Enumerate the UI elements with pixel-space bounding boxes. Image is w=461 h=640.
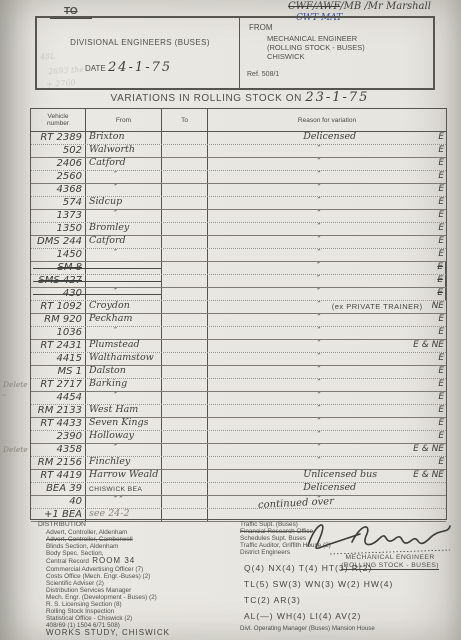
variation-code: E (438, 405, 444, 415)
to-location-cell (162, 431, 208, 443)
vehicle-number: 4454 (57, 392, 82, 403)
vehicle-number-cell: RT 1092 (31, 301, 86, 313)
to-location-cell (162, 158, 208, 170)
from-location: Holloway (89, 430, 134, 441)
vehicle-number: RT 1092 (40, 301, 82, 312)
from-location-cell: Plumstead (86, 340, 162, 352)
distribution-line: WORKS STUDY, CHISWICK (38, 629, 238, 636)
date-line: DATE 24-1-75 (85, 60, 172, 75)
vehicle-number-cell: 40 (31, 496, 86, 508)
reason-cell: ″E & NE (208, 444, 446, 456)
engineer-code-line: TL(5) SW(3) WN(3) W(2) HW(4) (244, 576, 393, 592)
reason-cell: ″E (208, 431, 446, 443)
from-location-cell: ″ (86, 327, 162, 339)
row-strike-line (33, 294, 161, 295)
column-header-reason: Reason for variation (208, 109, 446, 131)
margin-delete-note: ″ (3, 393, 6, 402)
variation-code: E (438, 223, 444, 233)
vehicle-number: 1373 (57, 210, 82, 221)
variation-code: E (438, 236, 444, 246)
reason-cell: ″E (208, 210, 446, 222)
to-location-cell (162, 392, 208, 404)
from-location-cell: ″ (86, 444, 162, 456)
vehicle-number: 1036 (57, 327, 82, 338)
from-location-cell: ″ (86, 184, 162, 196)
from-location-cell: Sidcup (86, 197, 162, 209)
to-location-cell (162, 132, 208, 144)
vehicle-number: 502 (63, 145, 82, 156)
from-location-cell: ″ (86, 171, 162, 183)
vehicle-number: 1450 (57, 249, 82, 260)
reason-cell: ″E (208, 171, 446, 183)
vehicle-number-cell: BEA 39 (31, 483, 86, 495)
to-location-cell (162, 171, 208, 183)
to-location-cell (162, 379, 208, 391)
vehicle-number-cell: 1373 (31, 210, 86, 222)
from-location: Peckham (89, 313, 132, 324)
ref-number: Ref. 508/1 (247, 71, 279, 78)
to-location-cell (162, 236, 208, 248)
from-location-cell: Brixton (86, 132, 162, 144)
to-location-cell (162, 509, 208, 521)
from-location: West Ham (89, 404, 138, 415)
reason-cell: ″E & NE (208, 340, 446, 352)
reason-cell: ″E (208, 184, 446, 196)
to-location-cell (162, 483, 208, 495)
row-strike-line (33, 268, 161, 269)
date-label: DATE (85, 64, 106, 73)
reason-for-variation: ″ (317, 404, 320, 413)
variation-code: E (438, 132, 444, 142)
variation-code: E (438, 314, 444, 324)
reason-for-variation: ″ (317, 287, 320, 296)
vehicle-number-cell: 2560 (31, 171, 86, 183)
distribution-line: Commercial Advertising Officer (7) (38, 566, 238, 573)
from-line: CHISWICK (267, 52, 365, 61)
to-location-cell (162, 288, 208, 300)
page-title-text: VARIATIONS IN ROLLING STOCK ON (111, 93, 302, 104)
reason-for-variation: ″ (317, 235, 320, 244)
variation-code: E (438, 249, 444, 259)
table-row: DeleteRT 2717Barking″E (31, 379, 446, 392)
from-location-cell: Holloway (86, 431, 162, 443)
divl-operating-manager-line: Divl. Operating Manager (Buses) Mansion … (240, 625, 375, 632)
reason-cell: ″E (208, 197, 446, 209)
vehicle-number-cell: RT 2717 (31, 379, 86, 391)
from-label: FROM (249, 23, 273, 32)
to-location-cell (162, 444, 208, 456)
to-location-cell (162, 275, 208, 287)
distribution-line: Blinds Section, Aldenham (38, 543, 238, 550)
reason-for-variation: ″ (317, 248, 320, 257)
vehicle-number: MS 1 (57, 366, 82, 377)
vehicle-number-cell: 4415 (31, 353, 86, 365)
vehicle-number-cell: +1 BEA (31, 509, 86, 521)
variation-code: E (438, 210, 444, 220)
reason-cell: ″E (208, 418, 446, 430)
from-location-cell: ″ (86, 210, 162, 222)
from-location: ″ (114, 209, 117, 218)
to-location-cell (162, 496, 208, 508)
variation-code: E (437, 288, 443, 298)
from-location: ″ (114, 170, 117, 179)
distribution-lines: Advert, Controller, AldenhamAdvert, Cont… (38, 529, 238, 636)
routing-initials-struck: CWF/AWF (288, 1, 340, 12)
column-header-to: To (162, 109, 208, 131)
reason-cell: ″E (208, 249, 446, 261)
reason-for-variation: ″ (317, 183, 320, 192)
from-location-cell: Walworth (86, 145, 162, 157)
reason-cell: ″E (208, 379, 446, 391)
to-location-cell (162, 262, 208, 274)
from-location: ″ (114, 248, 117, 257)
from-location: Harrow Weald (89, 469, 158, 480)
reason-cell: ″E (208, 327, 446, 339)
vehicle-number: 4358 (57, 444, 82, 455)
from-location: Sidcup (89, 196, 122, 207)
reason-cell: ″E (208, 145, 446, 157)
to-location-cell (162, 223, 208, 235)
reason-for-variation: ″ (317, 144, 320, 153)
vehicle-number: RT 4419 (40, 470, 82, 481)
reason-for-variation: ″ (317, 274, 320, 283)
engineer-code-line: TC(2) AR(3) (244, 592, 393, 608)
reason-for-variation: ″ (317, 430, 320, 439)
to-location-cell (162, 145, 208, 157)
variation-code: E (438, 457, 444, 467)
to-location-cell (162, 210, 208, 222)
reason-cell: ″E (208, 236, 446, 248)
vehicle-number: 4368 (57, 184, 82, 195)
vehicle-number: RT 2717 (40, 379, 82, 390)
reason-for-variation: ″ (317, 300, 320, 309)
from-location-cell: Seven Kings (86, 418, 162, 430)
table-row: RM 920Peckham″E (31, 314, 446, 327)
vehicle-number: DMS 244 (37, 236, 82, 247)
distribution-line: Advert, Controller, Camberwell (38, 536, 238, 543)
from-location: Brixton (89, 131, 125, 142)
reason-for-variation: ″ (317, 313, 320, 322)
reason-cell: ″E (208, 405, 446, 417)
from-location: Plumstead (89, 339, 140, 350)
table-row: 2390Holloway″E (31, 431, 446, 444)
to-location-cell (162, 249, 208, 261)
variation-code: E (437, 275, 443, 285)
from-location-cell: Finchley (86, 457, 162, 469)
column-header-vehicle: Vehiclenumber (31, 109, 86, 131)
reason-for-variation: Delicensed (303, 131, 356, 142)
reason-cell: ″E (208, 288, 446, 300)
from-location: ″ (114, 391, 117, 400)
vehicle-number-cell: RM 2133 (31, 405, 86, 417)
from-location: Catford (89, 235, 126, 246)
reason-cell: ″E (208, 158, 446, 170)
vehicle-number-cell: RT 2431 (31, 340, 86, 352)
engineer-code-line: AL(—) WH(4) LI(4) AV(2) (244, 608, 393, 624)
reason-cell: ″E (208, 392, 446, 404)
variation-code: E (438, 379, 444, 389)
vehicle-number: RT 2431 (40, 340, 82, 351)
vehicle-number: 1350 (57, 223, 82, 234)
from-location: ″ (114, 326, 117, 335)
table-row: SMS 427″E (31, 275, 446, 288)
margin-delete-note: Delete (3, 445, 28, 454)
page-title: VARIATIONS IN ROLLING STOCK ON 23-1-75 (60, 90, 420, 105)
vehicle-number: 2390 (57, 431, 82, 442)
distribution-line: Advert, Controller, Aldenham (38, 529, 238, 536)
from-location-cell: Peckham (86, 314, 162, 326)
from-location-cell: Barking (86, 379, 162, 391)
from-location-cell: ″ (86, 392, 162, 404)
to-location-cell (162, 353, 208, 365)
variations-table: Vehiclenumber From To Reason for variati… (30, 108, 447, 520)
reason-for-variation: ″ (317, 456, 320, 465)
from-location: see 24-2 (89, 508, 129, 519)
variation-code: E (438, 327, 444, 337)
table-row: BEA 39CHISWICK BEADelicensed (31, 483, 446, 496)
from-address: MECHANICAL ENGINEER (ROLLING STOCK - BUS… (267, 34, 365, 61)
from-location: Seven Kings (89, 417, 148, 428)
reason-cell: ″E (208, 353, 446, 365)
table-row: 2406Catford″E (31, 158, 446, 171)
from-location-cell: ″ (86, 249, 162, 261)
from-location: Catford (89, 157, 126, 168)
reason-for-variation: ″ (317, 222, 320, 231)
vehicle-number: RM 920 (44, 314, 82, 325)
vehicle-number-cell: MS 1 (31, 366, 86, 378)
to-location-cell (162, 327, 208, 339)
vehicle-number: RT 4433 (40, 418, 82, 429)
distribution-line: Costs Office (Mech. Engr.-Buses) (2) (38, 573, 238, 580)
reason-note: (ex PRIVATE TRAINER) (332, 302, 423, 311)
variation-code: E (438, 171, 444, 181)
variation-code: E (438, 353, 444, 363)
reason-cell: ″E (208, 262, 446, 274)
reason-cell: Unlicensed busE & NE (208, 470, 446, 482)
vehicle-number: 40 (69, 496, 82, 507)
variation-code: E & NE (413, 340, 444, 350)
vehicle-number-cell: 2390 (31, 431, 86, 443)
vehicle-number: 2560 (57, 171, 82, 182)
vehicle-number: 574 (63, 197, 82, 208)
from-line: MECHANICAL ENGINEER (267, 34, 365, 43)
vehicle-number-cell: 1036 (31, 327, 86, 339)
header-divider (239, 18, 240, 88)
handwritten-addition: ROOM 34 (89, 556, 135, 565)
reason-for-variation: ″ (317, 443, 320, 452)
from-location: Dalston (89, 365, 126, 376)
department-title: DIVISIONAL ENGINEERS (BUSES) (55, 38, 225, 47)
reason-for-variation: ″ (317, 170, 320, 179)
from-location-cell: Croydon (86, 301, 162, 313)
to-location-cell (162, 366, 208, 378)
to-location-cell (162, 184, 208, 196)
reason-cell: ″E (208, 366, 446, 378)
variation-code: E (438, 392, 444, 402)
to-location-cell (162, 314, 208, 326)
margin-delete-note: Delete (3, 380, 28, 389)
to-location-cell (162, 301, 208, 313)
distribution-line: Distribution Services Manager (38, 587, 238, 594)
variation-code: E (437, 262, 443, 272)
distribution-title: DISTRIBUTION (38, 521, 238, 528)
vehicle-number-cell: RT 4419 (31, 470, 86, 482)
scanned-form-page: TO CWF/AWF/MB /Mr Marshall CWT MAT 48L 2… (0, 0, 461, 640)
distribution-list: DISTRIBUTION Advert, Controller, Aldenha… (38, 521, 238, 637)
from-location: Bromley (89, 222, 129, 233)
reason-for-variation: ″ (317, 157, 320, 166)
from-line: (ROLLING STOCK - BUSES) (267, 43, 365, 52)
reason-for-variation: ″ (317, 417, 320, 426)
distribution-line: Mech. Engr. (Development - Buses) (2) (38, 594, 238, 601)
reason-cell: ″E (208, 457, 446, 469)
reason-for-variation: ″ (317, 196, 320, 205)
from-location-cell: Dalston (86, 366, 162, 378)
vehicle-number: 4415 (57, 353, 82, 364)
variation-code: E (438, 366, 444, 376)
reason-cell: ″E (208, 275, 446, 287)
vehicle-number: RM 2156 (38, 457, 82, 468)
from-location-cell: CHISWICK BEA (86, 483, 162, 495)
reason-for-variation: ″ (317, 326, 320, 335)
variation-code: E (438, 158, 444, 168)
reason-for-variation: ″ (317, 261, 320, 270)
vehicle-number: RM 2133 (38, 405, 82, 416)
from-location-cell: ″ ″ (86, 496, 162, 508)
routing-annotation: CWF/AWF/MB /Mr Marshall (288, 1, 431, 12)
vehicle-number: BEA 39 (46, 483, 82, 494)
signature-scribble (300, 508, 458, 558)
from-location: Finchley (89, 456, 130, 467)
variation-code: E (438, 418, 444, 428)
reason-cell: ″E (208, 314, 446, 326)
from-location: Barking (89, 378, 127, 389)
table-row: 2560″″E (31, 171, 446, 184)
to-location-cell (162, 418, 208, 430)
vehicle-number-cell: 1450 (31, 249, 86, 261)
vehicle-number-cell: RM 920 (31, 314, 86, 326)
distribution-line: Scientific Adviser (2) (38, 580, 238, 587)
table-row: 1450″″E (31, 249, 446, 262)
table-body: RT 2389BrixtonDelicensedE502Walworth″E24… (31, 132, 446, 522)
to-location-cell (162, 340, 208, 352)
header-box: DIVISIONAL ENGINEERS (BUSES) DATE 24-1-7… (35, 16, 435, 90)
variation-code: E & NE (413, 444, 444, 454)
distribution-line: Rolling Stock Inspection (38, 608, 238, 615)
from-location-cell: Bromley (86, 223, 162, 235)
column-header-from: From (86, 109, 162, 131)
variation-code: E (438, 184, 444, 194)
reason-for-variation: ″ (317, 352, 320, 361)
reason-cell: Delicensed (208, 483, 446, 495)
row-strike-line (33, 281, 161, 282)
signatory-title-line: (ROLLING STOCK - BUSES) (330, 562, 450, 570)
page-title-date: 23-1-75 (305, 90, 369, 105)
distribution-line: Body Spec. Section, (38, 550, 238, 557)
to-location-cell (162, 197, 208, 209)
table-row: 574Sidcup″E (31, 197, 446, 210)
distribution-line: Central Record ROOM 34 (38, 557, 238, 565)
vehicle-number: 2406 (57, 158, 82, 169)
from-location-cell: see 24-2 (86, 509, 162, 521)
routing-initials: /MB (340, 1, 364, 12)
reason-for-variation: ″ (317, 391, 320, 400)
table-row: RT 4419Harrow WealdUnlicensed busE & NE (31, 470, 446, 483)
to-location-cell (162, 457, 208, 469)
vehicle-number-cell: RT 4433 (31, 418, 86, 430)
reason-for-variation: ″ (317, 339, 320, 348)
reason-for-variation: Delicensed (303, 482, 356, 493)
signatory-title: MECHANICAL ENGINEER (ROLLING STOCK - BUS… (330, 554, 450, 570)
routing-name: /Mr Marshall (364, 1, 430, 12)
from-location-cell: Catford (86, 236, 162, 248)
from-location-cell: Walthamstow (86, 353, 162, 365)
reason-for-variation: Unlicensed bus (303, 469, 377, 480)
vehicle-number-cell: 4454 (31, 392, 86, 404)
from-location-cell: West Ham (86, 405, 162, 417)
from-location: Walthamstow (89, 352, 154, 363)
reason-cell: ″E (208, 223, 446, 235)
date-value: 24-1-75 (108, 60, 172, 75)
reason-cell: DelicensedE (208, 132, 446, 144)
vehicle-number-cell: 4368 (31, 184, 86, 196)
variation-code: E (438, 431, 444, 441)
variation-code: E (438, 197, 444, 207)
vehicle-number: RT 2389 (40, 132, 82, 143)
vehicle-number-cell: 4358 (31, 444, 86, 456)
from-location: ″ (114, 443, 117, 452)
variation-code: E & NE (413, 470, 444, 480)
variation-code: E (438, 145, 444, 155)
table-header-row: Vehiclenumber From To Reason for variati… (31, 109, 446, 132)
table-row: SM 8″E (31, 262, 446, 275)
table-row: DMS 244Catford″E (31, 236, 446, 249)
from-location: ″ (114, 183, 117, 192)
from-location-cell: Harrow Weald (86, 470, 162, 482)
vehicle-number-cell: 574 (31, 197, 86, 209)
signatory-title-line: MECHANICAL ENGINEER (330, 554, 450, 562)
vehicle-number-cell: 2406 (31, 158, 86, 170)
from-location-cell: Catford (86, 158, 162, 170)
from-location: Croydon (89, 300, 130, 311)
from-location: ″ ″ (114, 495, 123, 504)
vehicle-number-cell: DMS 244 (31, 236, 86, 248)
vehicle-number-cell: 1350 (31, 223, 86, 235)
distribution-line: Statistical Office - Chiswick (2) (38, 615, 238, 622)
vehicle-number: +1 BEA (44, 509, 82, 520)
reason-cell: ″(ex PRIVATE TRAINER)NE (208, 301, 446, 313)
vehicle-number-cell: RM 2156 (31, 457, 86, 469)
vehicle-number-cell: 502 (31, 145, 86, 157)
variation-code: NE (432, 301, 444, 311)
distribution-line: R. S. Licensing Section (8) (38, 601, 238, 608)
reason-for-variation: ″ (317, 365, 320, 374)
from-location: Walworth (89, 144, 135, 155)
reason-for-variation: ″ (317, 378, 320, 387)
to-location-cell (162, 470, 208, 482)
reason-for-variation: ″ (317, 209, 320, 218)
from-location: CHISWICK BEA (89, 486, 142, 493)
vehicle-number-cell: RT 2389 (31, 132, 86, 144)
to-location-cell (162, 405, 208, 417)
